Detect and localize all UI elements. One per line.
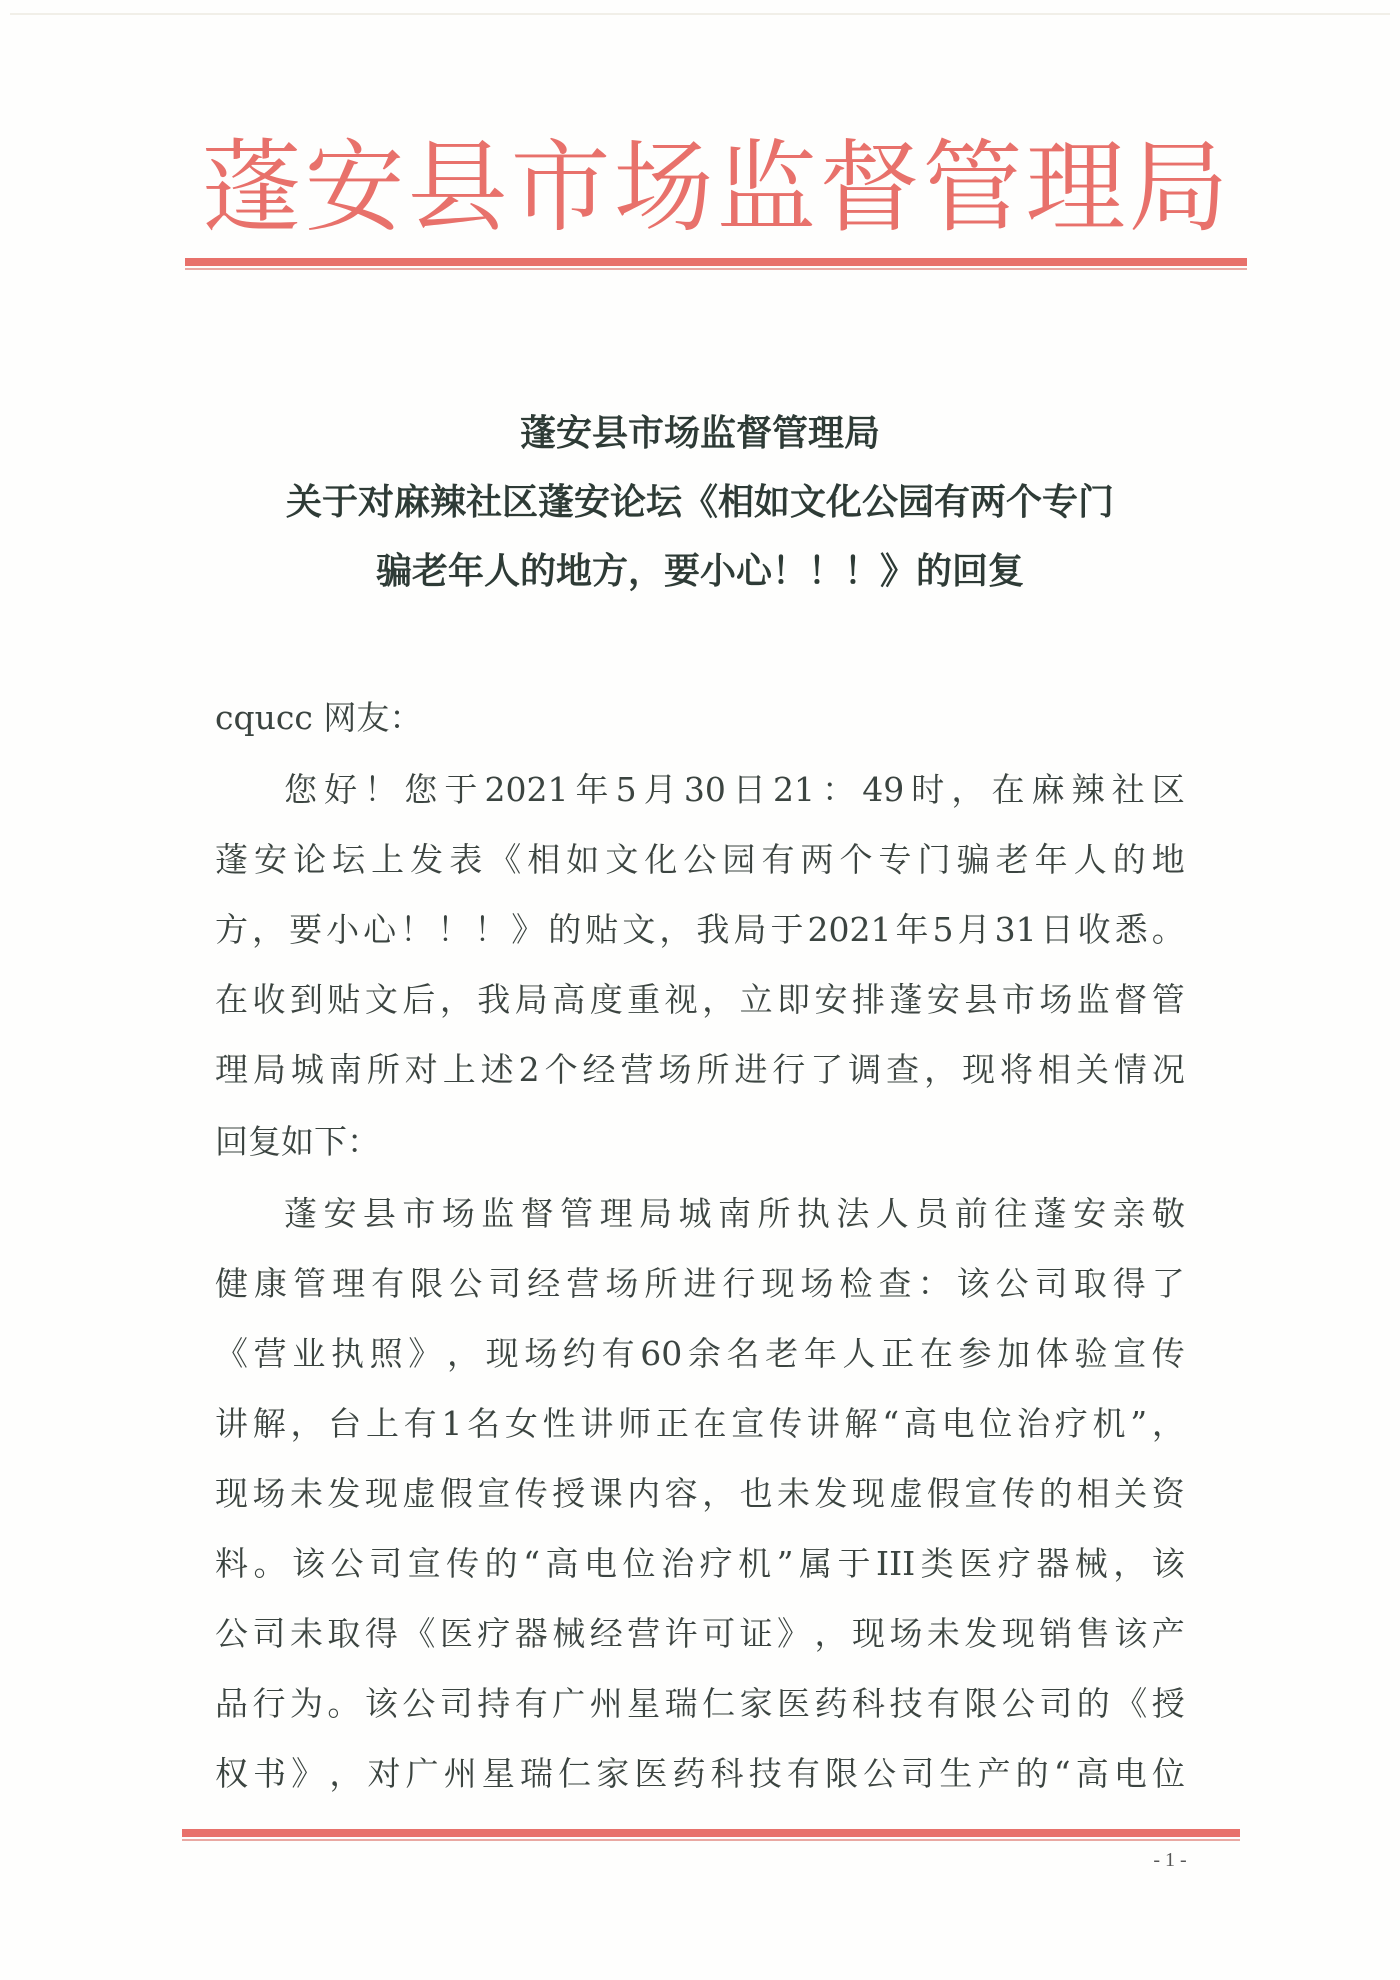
- body-line: 料。该公司宣传的“高电位治疗机”属于III类医疗器械，该: [215, 1539, 1185, 1589]
- body-line: 公司未取得《医疗器械经营许可证》，现场未发现销售该产: [215, 1609, 1185, 1659]
- letterhead-char: 蓬: [200, 128, 303, 248]
- body-line: 权书》，对广州星瑞仁家医药科技有限公司生产的“高电位: [215, 1749, 1185, 1799]
- body-line: 理局城南所对上述2个经营场所进行了调查，现将相关情况: [215, 1045, 1185, 1095]
- body-line: 现场未发现虚假宣传授课内容，也未发现虚假宣传的相关资: [215, 1469, 1185, 1519]
- letterhead-char: 督: [818, 128, 921, 248]
- body-line: 在收到贴文后，我局高度重视，立即安排蓬安县市场监督管: [215, 975, 1185, 1025]
- body-line: 您好！您于2021年5月30日21：49时，在麻辣社区: [284, 765, 1185, 815]
- letterhead-char: 局: [1127, 128, 1230, 248]
- letterhead-char: 安: [303, 128, 406, 248]
- letterhead-title: 蓬安县市场监督管理局: [200, 128, 1230, 248]
- letterhead-char: 理: [1024, 128, 1127, 248]
- document-title-line-2: 关于对麻辣社区蓬安论坛《相如文化公园有两个专门: [0, 478, 1400, 528]
- letterhead-char: 管: [921, 128, 1024, 248]
- letterhead-char: 市: [509, 128, 612, 248]
- document-page: 蓬安县市场监督管理局 蓬安县市场监督管理局 关于对麻辣社区蓬安论坛《相如文化公园…: [0, 0, 1400, 1980]
- body-line: 蓬安县市场监督管理局城南所执法人员前往蓬安亲敬: [284, 1189, 1185, 1239]
- body-line: 讲解，台上有1名女性讲师正在宣传讲解“高电位治疗机”，: [215, 1399, 1185, 1449]
- body-line: 蓬安论坛上发表《相如文化公园有两个专门骗老年人的地: [215, 835, 1185, 885]
- scan-edge: [10, 13, 1390, 15]
- document-title-line-3: 骗老年人的地方，要小心！！！》的回复: [0, 547, 1400, 597]
- body-line: 《营业执照》，现场约有60余名老年人正在参加体验宣传: [215, 1329, 1185, 1379]
- body-line: 品行为。该公司持有广州星瑞仁家医药科技有限公司的《授: [215, 1679, 1185, 1729]
- footer-red-rule: [182, 1829, 1240, 1837]
- salutation: cqucc 网友：: [215, 693, 1185, 743]
- document-title-line-1: 蓬安县市场监督管理局: [0, 409, 1400, 459]
- letterhead-char: 监: [715, 128, 818, 248]
- letterhead-char: 县: [406, 128, 509, 248]
- body-line: 方，要小心！！！》的贴文，我局于2021年5月31日收悉。: [215, 905, 1185, 955]
- letterhead-red-rule: [185, 258, 1247, 266]
- page-number: - 1 -: [1145, 1846, 1195, 1874]
- body-line: 回复如下：: [215, 1117, 1185, 1167]
- body-line: 健康管理有限公司经营场所进行现场检查：该公司取得了: [215, 1259, 1185, 1309]
- letterhead-char: 场: [612, 128, 715, 248]
